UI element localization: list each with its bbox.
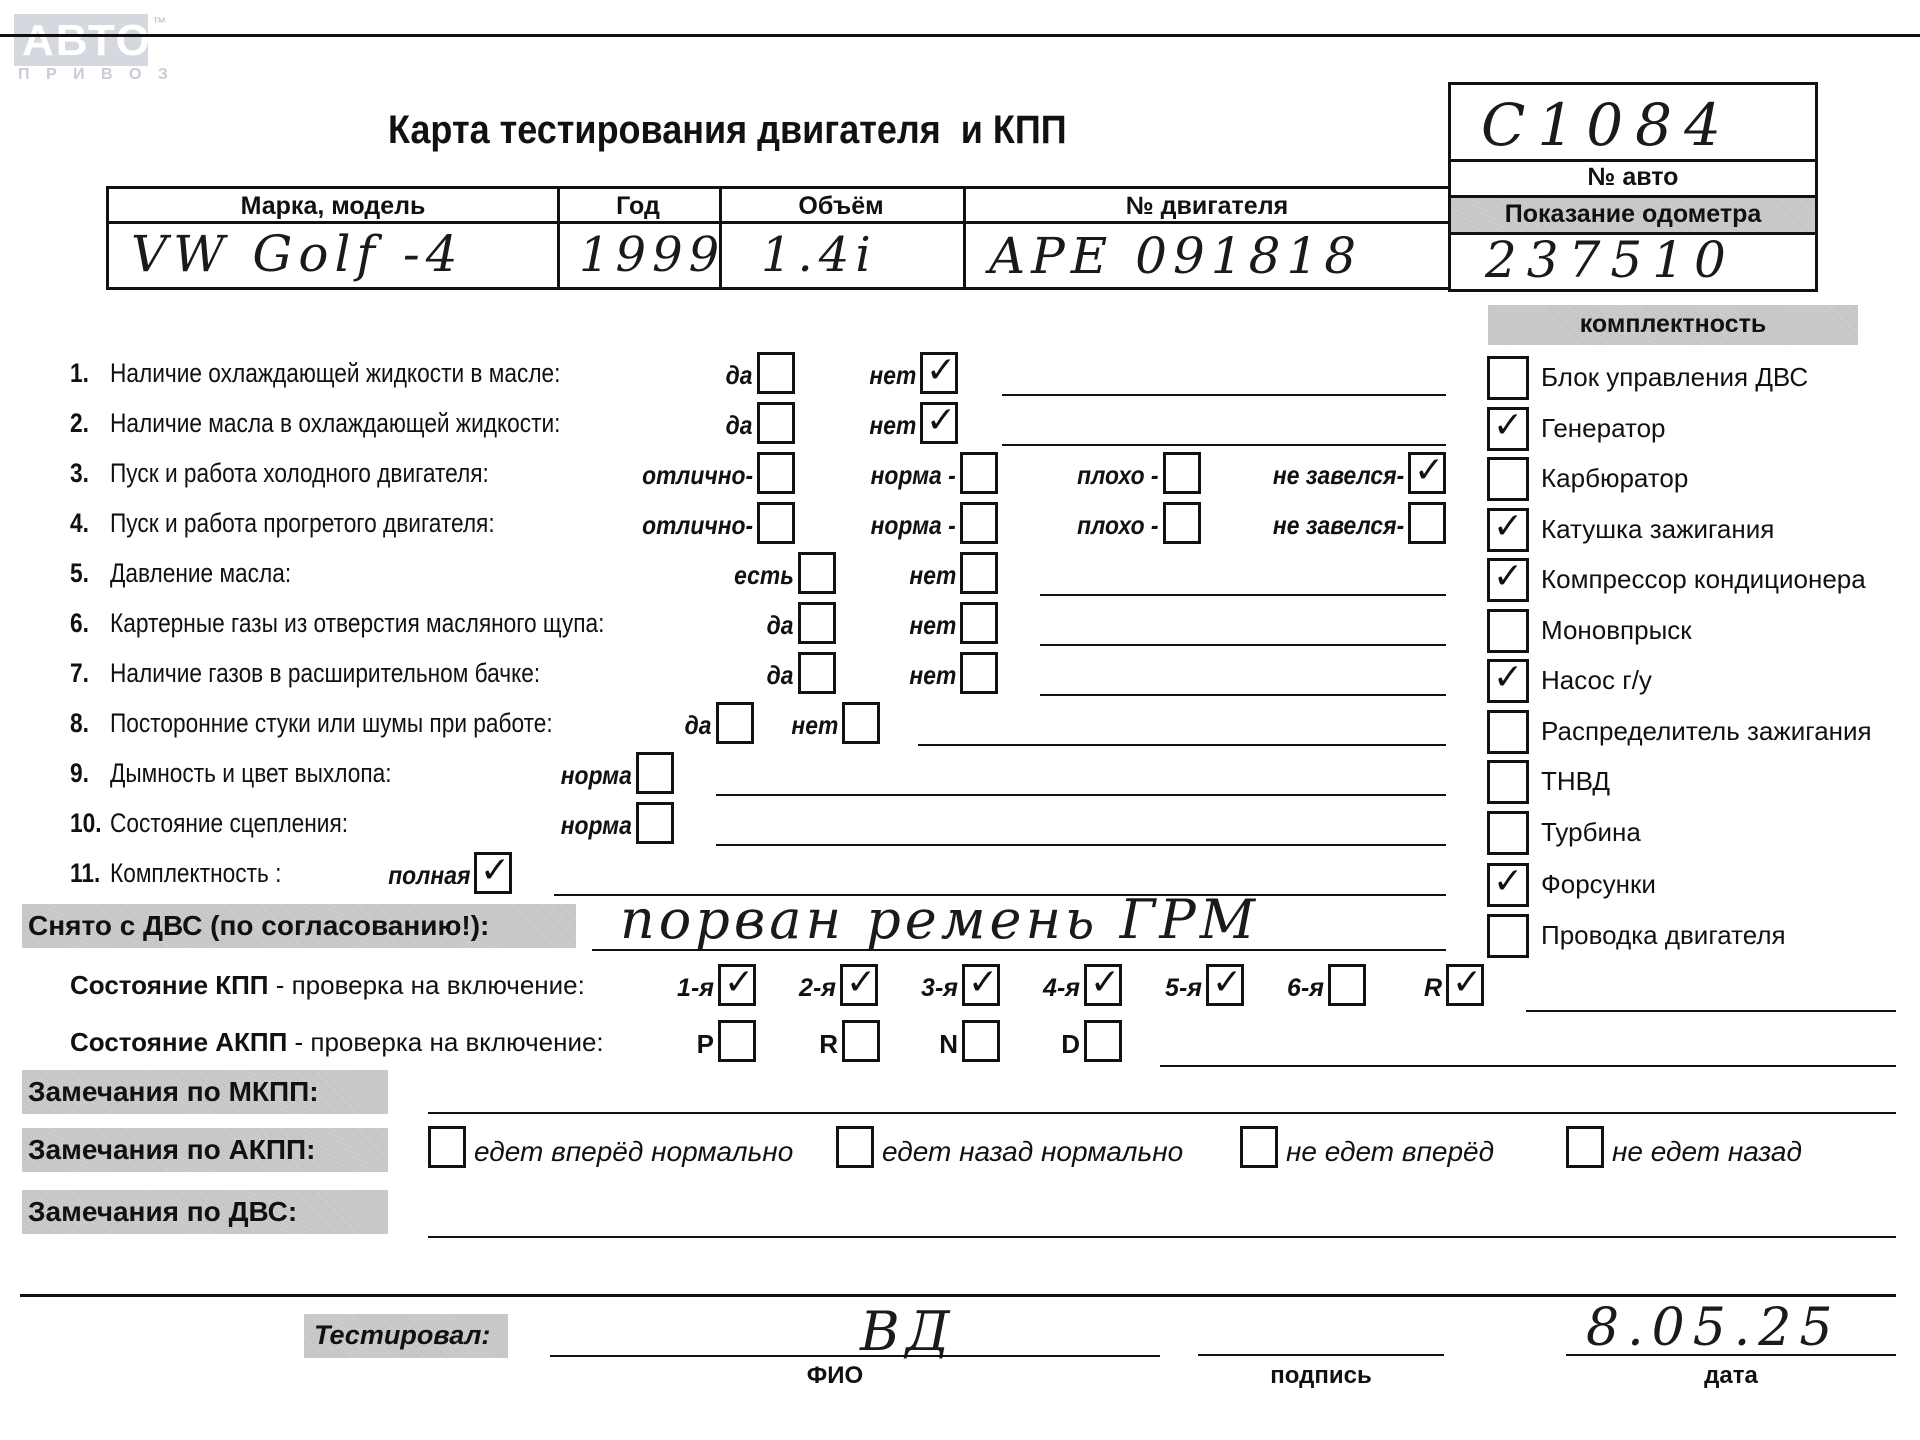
check-row-number: 10. xyxy=(70,808,102,838)
option-label: да xyxy=(767,610,794,640)
auto-number-label: № авто xyxy=(1451,163,1815,192)
odometer-value[interactable]: 237510 xyxy=(1485,231,1736,289)
kpp-label-bold: Состояние КПП xyxy=(70,970,269,1000)
check-row-number: 4. xyxy=(70,508,89,538)
option-label: отлично- xyxy=(642,510,753,540)
completeness-checkbox[interactable] xyxy=(1487,914,1529,958)
table-header-divider xyxy=(109,221,1451,224)
check-row-label: Картерные газы из отверстия масляного щу… xyxy=(110,608,604,638)
completeness-checkbox[interactable]: ✓ xyxy=(1487,407,1529,451)
remark-line xyxy=(1040,694,1446,696)
check-row-label: Посторонние стуки или шумы при работе: xyxy=(110,708,553,738)
tested-label: Тестировал: xyxy=(314,1320,490,1351)
akpp-position-checkbox[interactable] xyxy=(718,1020,756,1062)
checkmark-icon: ✓ xyxy=(1414,451,1444,491)
checkmark-icon: ✓ xyxy=(480,851,510,891)
option-label: нет xyxy=(791,710,838,740)
value-engine-number[interactable]: APE 091818 xyxy=(989,227,1362,285)
header-year: Год xyxy=(557,189,719,221)
date-caption: дата xyxy=(1566,1362,1896,1390)
check-row-number: 6. xyxy=(70,608,89,638)
gear-label: 6-я xyxy=(1274,966,1324,1010)
akpp-remark-checkbox[interactable] xyxy=(1566,1126,1604,1168)
completeness-label: ТНВД xyxy=(1541,764,1610,798)
remark-line xyxy=(716,794,1446,796)
option-checkbox[interactable] xyxy=(798,602,836,644)
completeness-header-label: комплектность xyxy=(1488,310,1858,339)
completeness-label: Насос г/у xyxy=(1541,663,1652,697)
akpp-remark-label: едет назад нормально xyxy=(882,1130,1183,1174)
completeness-checkbox[interactable] xyxy=(1487,457,1529,501)
option-label: норма - xyxy=(871,510,956,540)
option-checkbox[interactable]: ✓ xyxy=(920,402,958,444)
option-checkbox[interactable] xyxy=(842,702,880,744)
remark-line xyxy=(1040,644,1446,646)
option-label: нет xyxy=(909,560,956,590)
fio-caption: ФИО xyxy=(550,1362,1120,1390)
completeness-label: Распределитель зажигания xyxy=(1541,714,1872,748)
akpp-position-checkbox[interactable] xyxy=(1084,1020,1122,1062)
check-row-number: 9. xyxy=(70,758,89,788)
gear-label: 3-я xyxy=(908,966,958,1010)
option-label: отлично- xyxy=(642,460,753,490)
check-row-label: Наличие охлаждающей жидкости в масле: xyxy=(110,358,560,388)
removed-label-bg: Снято с ДВС (по согласованию!): xyxy=(22,904,576,948)
option-label: нет xyxy=(909,660,956,690)
kpp-label: Состояние КПП - проверка на включение: xyxy=(70,970,585,1001)
fio-value[interactable]: ВД xyxy=(860,1300,956,1363)
kpp-line xyxy=(1526,1010,1896,1012)
remark-line xyxy=(918,744,1446,746)
check-row-label: Комплектность : xyxy=(110,858,281,888)
header-make-model: Марка, модель xyxy=(109,189,557,221)
option-checkbox[interactable]: ✓ xyxy=(474,852,512,894)
completeness-checkbox[interactable]: ✓ xyxy=(1487,508,1529,552)
akpp-position-checkbox[interactable] xyxy=(842,1020,880,1062)
checkmark-icon: ✓ xyxy=(1493,557,1523,597)
option-label: да xyxy=(767,660,794,690)
option-label: нет xyxy=(869,360,916,390)
checkmark-icon: ✓ xyxy=(724,963,754,1003)
gear-checkbox[interactable]: ✓ xyxy=(962,964,1000,1006)
page-title: Карта тестирования двигателя и КПП xyxy=(388,108,1067,153)
option-label: норма xyxy=(561,760,632,790)
completeness-header: комплектность xyxy=(1488,305,1858,345)
option-label: норма xyxy=(561,810,632,840)
completeness-checkbox[interactable] xyxy=(1487,609,1529,653)
completeness-checkbox[interactable]: ✓ xyxy=(1487,863,1529,907)
option-checkbox[interactable] xyxy=(757,502,795,544)
auto-box-divider xyxy=(1451,159,1815,162)
akpp-position-label: R xyxy=(808,1022,838,1066)
value-make-model[interactable]: VW Golf -4 xyxy=(131,225,464,283)
gear-checkbox[interactable]: ✓ xyxy=(718,964,756,1006)
remarks-mkpp-label: Замечания по МКПП: xyxy=(22,1070,319,1114)
check-row-label: Пуск и работа холодного двигателя: xyxy=(110,458,489,488)
akpp-remark-label: не едет назад xyxy=(1612,1130,1802,1174)
akpp-position-label: N xyxy=(928,1022,958,1066)
remark-line xyxy=(716,844,1446,846)
check-row-label: Наличие газов в расширительном бачке: xyxy=(110,658,540,688)
option-checkbox[interactable] xyxy=(960,602,998,644)
completeness-label: Генератор xyxy=(1541,411,1666,445)
completeness-label: Проводка двигателя xyxy=(1541,918,1786,952)
checkmark-icon: ✓ xyxy=(846,963,876,1003)
option-checkbox[interactable] xyxy=(960,452,998,494)
odometer-label-bg: Показание одометра xyxy=(1451,195,1815,235)
remarks-mkpp-bg: Замечания по МКПП: xyxy=(22,1070,388,1114)
gear-label: 5-я xyxy=(1152,966,1202,1010)
gear-checkbox[interactable]: ✓ xyxy=(840,964,878,1006)
option-checkbox[interactable] xyxy=(757,402,795,444)
completeness-checkbox[interactable] xyxy=(1487,760,1529,804)
signature-caption: подпись xyxy=(1198,1362,1444,1390)
watermark-logo: АВТО xyxy=(14,14,148,66)
option-checkbox[interactable]: ✓ xyxy=(1408,452,1446,494)
remark-line xyxy=(1002,444,1446,446)
option-checkbox[interactable] xyxy=(1408,502,1446,544)
check-row-label: Состояние сцепления: xyxy=(110,808,348,838)
gear-checkbox[interactable] xyxy=(1328,964,1366,1006)
watermark-brand: АВТО xyxy=(22,16,152,66)
checkmark-icon: ✓ xyxy=(1493,862,1523,902)
checkmark-icon: ✓ xyxy=(1090,963,1120,1003)
completeness-label: Катушка зажигания xyxy=(1541,512,1774,546)
akpp-label-bold: Состояние АКПП xyxy=(70,1027,287,1057)
check-row-number: 2. xyxy=(70,408,89,438)
option-checkbox[interactable] xyxy=(960,502,998,544)
akpp-label: Состояние АКПП - проверка на включение: xyxy=(70,1027,604,1058)
check-row-number: 8. xyxy=(70,708,89,738)
header-engine-number: № двигателя xyxy=(963,189,1451,221)
completeness-checkbox[interactable]: ✓ xyxy=(1487,659,1529,703)
gear-label: 2-я xyxy=(786,966,836,1010)
akpp-position-label: P xyxy=(684,1022,714,1066)
checkmark-icon: ✓ xyxy=(1493,507,1523,547)
option-label: не завелся- xyxy=(1273,510,1404,540)
check-row-label: Дымность и цвет выхлопа: xyxy=(110,758,392,788)
akpp-remark-checkbox[interactable] xyxy=(1240,1126,1278,1168)
gear-checkbox[interactable]: ✓ xyxy=(1084,964,1122,1006)
akpp-line xyxy=(1160,1065,1896,1067)
check-row-number: 1. xyxy=(70,358,89,388)
completeness-checkbox[interactable] xyxy=(1487,356,1529,400)
footer-divider xyxy=(20,1294,1896,1297)
remark-line xyxy=(1040,594,1446,596)
value-year[interactable]: 1999 xyxy=(579,227,725,283)
remarks-dvs-label: Замечания по ДВС: xyxy=(22,1190,297,1234)
option-label: нет xyxy=(909,610,956,640)
remarks-mkpp-line xyxy=(428,1112,1896,1114)
checkmark-icon: ✓ xyxy=(968,963,998,1003)
option-label: полная xyxy=(388,860,470,890)
option-label: плохо - xyxy=(1078,510,1159,540)
akpp-remark-checkbox[interactable] xyxy=(428,1126,466,1168)
gear-checkbox[interactable]: ✓ xyxy=(1446,964,1484,1006)
option-label: норма - xyxy=(871,460,956,490)
option-checkbox[interactable] xyxy=(798,652,836,694)
header-volume: Объём xyxy=(719,189,963,221)
option-checkbox[interactable]: ✓ xyxy=(920,352,958,394)
gear-label: R xyxy=(1392,966,1442,1010)
akpp-label-rest: - проверка на включение: xyxy=(287,1027,603,1057)
option-label: есть xyxy=(734,560,794,590)
akpp-remark-label: не едет вперёд xyxy=(1286,1130,1494,1174)
gear-label: 4-я xyxy=(1030,966,1080,1010)
option-label: не завелся- xyxy=(1273,460,1404,490)
completeness-label: Форсунки xyxy=(1541,867,1656,901)
date-value[interactable]: 8.05.25 xyxy=(1586,1298,1840,1358)
option-checkbox[interactable] xyxy=(636,752,674,794)
option-label: да xyxy=(726,360,753,390)
option-label: нет xyxy=(869,410,916,440)
remarks-akpp-bg: Замечания по АКПП: xyxy=(22,1128,388,1172)
completeness-checkbox[interactable]: ✓ xyxy=(1487,558,1529,602)
completeness-label: Турбина xyxy=(1541,815,1641,849)
removed-value[interactable]: порван ремень ГРМ xyxy=(620,888,1259,951)
check-row-label: Пуск и работа прогретого двигателя: xyxy=(110,508,495,538)
option-checkbox[interactable] xyxy=(757,452,795,494)
option-label: да xyxy=(685,710,712,740)
check-row-number: 5. xyxy=(70,558,89,588)
option-checkbox[interactable] xyxy=(757,352,795,394)
option-checkbox[interactable] xyxy=(960,652,998,694)
check-row-number: 7. xyxy=(70,658,89,688)
removed-line xyxy=(592,949,1446,951)
auto-number-value[interactable]: C1084 xyxy=(1481,91,1733,159)
top-border-line xyxy=(0,34,1920,37)
tested-label-bg: Тестировал: xyxy=(304,1314,508,1358)
watermark-tm: ™ xyxy=(152,14,166,30)
checkmark-icon: ✓ xyxy=(1212,963,1242,1003)
checkmark-icon: ✓ xyxy=(926,401,956,441)
vehicle-table: Марка, модель Год Объём № двигателя VW G… xyxy=(106,186,1448,290)
option-label: да xyxy=(726,410,753,440)
checkmark-icon: ✓ xyxy=(926,351,956,391)
remarks-dvs-line xyxy=(428,1236,1896,1238)
remark-line xyxy=(1002,394,1446,396)
checkmark-icon: ✓ xyxy=(1493,406,1523,446)
value-volume[interactable]: 1.4i xyxy=(761,227,877,283)
akpp-position-checkbox[interactable] xyxy=(962,1020,1000,1062)
check-row-number: 11. xyxy=(70,858,100,888)
remarks-dvs-bg: Замечания по ДВС: xyxy=(22,1190,388,1234)
odometer-label: Показание одометра xyxy=(1451,200,1815,229)
checkmark-icon: ✓ xyxy=(1452,963,1482,1003)
option-checkbox[interactable] xyxy=(636,802,674,844)
fio-line xyxy=(550,1355,1160,1357)
check-row-number: 3. xyxy=(70,458,89,488)
option-checkbox[interactable] xyxy=(798,552,836,594)
gear-label: 1-я xyxy=(664,966,714,1010)
date-line xyxy=(1566,1354,1896,1356)
option-checkbox[interactable] xyxy=(960,552,998,594)
check-row-label: Давление масла: xyxy=(110,558,291,588)
watermark-sub: П Р И В О З xyxy=(18,66,174,84)
akpp-position-label: D xyxy=(1050,1022,1080,1066)
removed-label: Снято с ДВС (по согласованию!): xyxy=(22,904,489,948)
option-checkbox[interactable] xyxy=(1163,502,1201,544)
signature-line xyxy=(1198,1354,1444,1356)
completeness-checkbox[interactable] xyxy=(1487,710,1529,754)
completeness-label: Карбюратор xyxy=(1541,461,1688,495)
option-label: плохо - xyxy=(1078,460,1159,490)
checkmark-icon: ✓ xyxy=(1493,658,1523,698)
completeness-checkbox[interactable] xyxy=(1487,811,1529,855)
option-checkbox[interactable] xyxy=(1163,452,1201,494)
akpp-remark-label: едет вперёд нормально xyxy=(474,1130,793,1174)
gear-checkbox[interactable]: ✓ xyxy=(1206,964,1244,1006)
auto-box: C1084 № авто Показание одометра 237510 xyxy=(1448,82,1818,292)
check-row-label: Наличие масла в охлаждающей жидкости: xyxy=(110,408,560,438)
completeness-label: Блок управления ДВС xyxy=(1541,360,1808,394)
kpp-label-rest: - проверка на включение: xyxy=(269,970,585,1000)
completeness-label: Моновпрыск xyxy=(1541,613,1692,647)
completeness-label: Компрессор кондиционера xyxy=(1541,562,1866,596)
option-checkbox[interactable] xyxy=(716,702,754,744)
remarks-akpp-label: Замечания по АКПП: xyxy=(22,1128,315,1172)
akpp-remark-checkbox[interactable] xyxy=(836,1126,874,1168)
